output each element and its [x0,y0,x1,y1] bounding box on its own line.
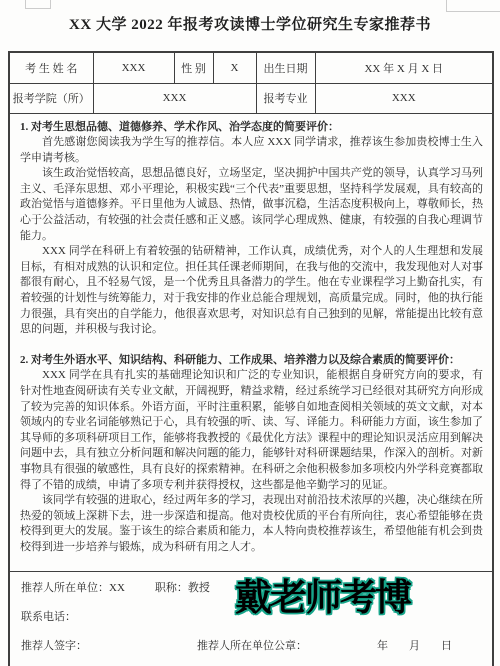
section2-paragraph-2: 该同学有较强的进取心，经过两年多的学习，表现出对前沿技术浓厚的兴趣，决心继续在所… [20,493,483,555]
recommender-signature-label: 推荐人签字： [21,640,87,653]
recommender-unit-value: XX [109,582,125,595]
contact-phone-label: 联系电话： [21,611,76,624]
section1-paragraph-3: XXX 同学在科研上有着较强的钻研精神，工作认真，成绩优秀，对个人的人生理想和发… [20,244,483,338]
scan-artifact-top-left [25,0,51,9]
evaluation-content-cell: 1. 对考生思想品德、道德修养、学术作风、治学态度的简要评价： 首先感谢您阅读我… [9,113,493,571]
signature-row: 推荐人签字： 推荐人所在单位公章： 年 月 日 [21,640,482,653]
major-value: XXX [315,83,493,113]
unit-seal-label: 推荐人所在单位公章： [197,640,307,653]
gender-label: 性 别 [174,52,213,83]
recommender-unit-label: 推荐人所在单位： [21,582,109,595]
job-title-value: 教授 [188,582,210,595]
scan-artifact-top-right [446,0,500,12]
date-label: 年 月 日 [377,640,457,653]
birth-date-label: 出生日期 [256,52,315,83]
table-row: 报考学院（所） XXX 报考专业 XXX [9,83,493,113]
page-title: XX 大学 2022 年报考攻读博士学位研究生专家推荐书 [0,13,500,34]
candidate-name-value: XXX [93,52,174,83]
candidate-name-label: 考 生 姓 名 [9,52,93,83]
section1-heading: 1. 对考生思想品德、道德修养、学术作风、治学态度的简要评价： [20,120,483,136]
watermark-text: 戴老师考博 [235,567,410,621]
section2-heading: 2. 对考生外语水平、知识结构、科研能力、工作成果、培养潜力以及综合素质的简要评… [20,353,483,369]
birth-date-value: XX 年 X 月 X 日 [315,52,493,83]
scanned-document-page: XX 大学 2022 年报考攻读博士学位研究生专家推荐书 考 生 姓 名 XXX… [0,0,500,666]
job-title-label: 职称： [155,582,188,595]
gender-value: X [213,52,256,83]
table-row: 1. 对考生思想品德、道德修养、学术作风、治学态度的简要评价： 首先感谢您阅读我… [9,113,493,571]
section2-paragraph-1: XXX 同学在具有扎实的基础理论知识和广泛的专业知识，能根据自身研究方向的要求，… [20,368,483,493]
major-label: 报考专业 [256,83,315,113]
college-value: XXX [93,83,256,113]
section1-paragraph-2: 该生政治觉悟较高，思想品德良好，立场坚定，坚决拥护中国共产党的领导，认真学习马列… [20,166,483,244]
table-row: 考 生 姓 名 XXX 性 别 X 出生日期 XX 年 X 月 X 日 [9,52,493,83]
section1-paragraph-1: 首先感谢您阅读我为学生写的推荐信。本人应 XXX 同学请求，推荐该生参加贵校博士… [20,135,483,166]
college-label: 报考学院（所） [9,83,93,113]
